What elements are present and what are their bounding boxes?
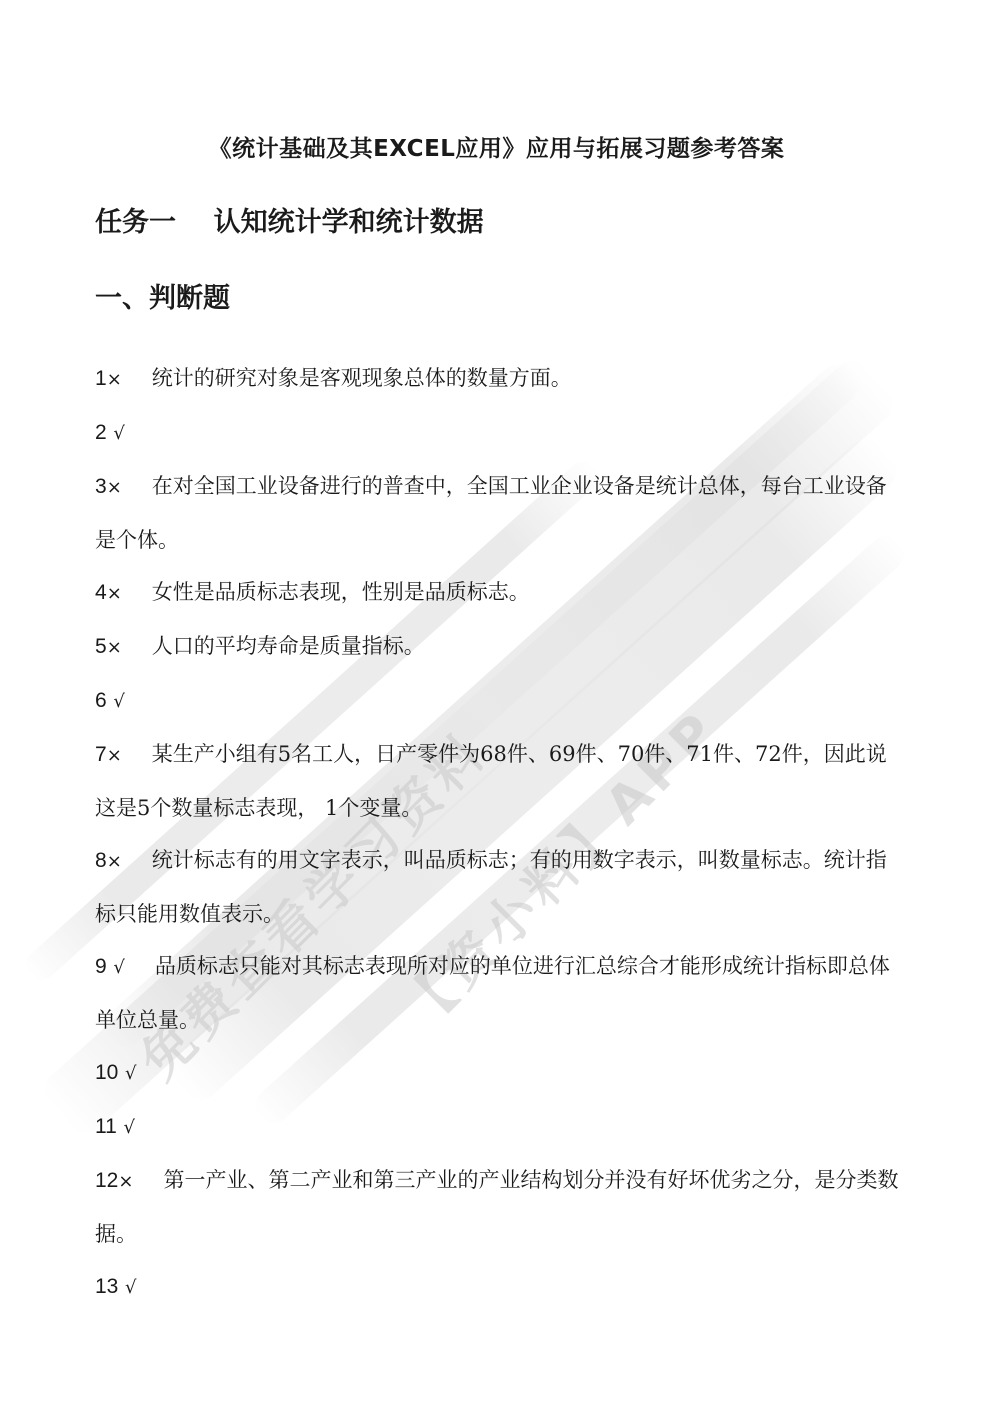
check-icon: √: [124, 1117, 135, 1138]
answer-number: 9: [95, 955, 107, 978]
answer-text: 女性是品质标志表现，性别是品质标志。: [152, 580, 530, 604]
answer-text: 第一产业、第二产业和第三产业的产业结构划分并没有好坏优劣之分，是分类数据。: [95, 1168, 898, 1246]
cross-icon: ×: [107, 637, 122, 658]
answer-text: 某生产小组有5名工人，日产零件为68件、69件、70件、71件、72件，因此说这…: [95, 742, 887, 820]
subsection-heading: 一、判断题: [95, 276, 230, 315]
answer-item: 1×统计的研究对象是客观现象总体的数量方面。: [95, 352, 905, 406]
answer-text: 品质标志只能对其标志表现所对应的单位进行汇总综合才能形成统计指标即总体单位总量。: [95, 954, 890, 1032]
answer-number: 11: [95, 1115, 117, 1138]
answer-list: 1×统计的研究对象是客观现象总体的数量方面。 2 √ 3×在对全国工业设备进行的…: [95, 352, 905, 1314]
check-icon: √: [113, 957, 124, 978]
cross-icon: ×: [107, 583, 122, 604]
answer-item: 2 √: [95, 406, 905, 460]
answer-item: 3×在对全国工业设备进行的普查中，全国工业企业设备是统计总体，每台工业设备是个体…: [95, 460, 905, 566]
answer-item: 5×人口的平均寿命是质量指标。: [95, 620, 905, 674]
answer-item: 9 √品质标志只能对其标志表现所对应的单位进行汇总综合才能形成统计指标即总体单位…: [95, 940, 905, 1046]
answer-number: 7: [95, 743, 107, 766]
answer-number: 12: [95, 1169, 118, 1192]
answer-number: 4: [95, 581, 107, 604]
answer-item: 6 √: [95, 674, 905, 728]
check-icon: √: [113, 691, 124, 712]
answer-number: 13: [95, 1275, 118, 1298]
check-icon: √: [125, 1063, 136, 1084]
answer-text: 人口的平均寿命是质量指标。: [152, 634, 425, 658]
answer-item: 8×统计标志有的用文字表示，叫品质标志；有的用数字表示，叫数量标志。统计指标只能…: [95, 834, 905, 940]
section-label: 任务一: [95, 207, 176, 238]
answer-number: 3: [95, 475, 107, 498]
answer-number: 8: [95, 849, 107, 872]
answer-item: 11 √: [95, 1100, 905, 1154]
cross-icon: ×: [107, 477, 122, 498]
answer-text: 在对全国工业设备进行的普查中，全国工业企业设备是统计总体，每台工业设备是个体。: [95, 474, 887, 552]
answer-number: 1: [95, 367, 107, 390]
answer-item: 7×某生产小组有5名工人，日产零件为68件、69件、70件、71件、72件，因此…: [95, 728, 905, 834]
answer-text: 统计的研究对象是客观现象总体的数量方面。: [152, 366, 572, 390]
cross-icon: ×: [107, 851, 122, 872]
cross-icon: ×: [107, 369, 122, 390]
answer-number: 10: [95, 1061, 118, 1084]
answer-item: 13 √: [95, 1260, 905, 1314]
answer-item: 10 √: [95, 1046, 905, 1100]
section-heading: 任务一 认知统计学和统计数据: [95, 200, 484, 239]
cross-icon: ×: [107, 745, 122, 766]
document-title: 《统计基础及其EXCEL应用》应用与拓展习题参考答案: [0, 130, 993, 163]
answer-item: 12×第一产业、第二产业和第三产业的产业结构划分并没有好坏优劣之分，是分类数据。: [95, 1154, 905, 1260]
answer-number: 6: [95, 689, 107, 712]
answer-item: 4×女性是品质标志表现，性别是品质标志。: [95, 566, 905, 620]
cross-icon: ×: [118, 1171, 133, 1192]
section-title: 认知统计学和统计数据: [214, 207, 484, 238]
check-icon: √: [113, 423, 124, 444]
check-icon: √: [125, 1277, 136, 1298]
answer-number: 5: [95, 635, 107, 658]
answer-text: 统计标志有的用文字表示，叫品质标志；有的用数字表示，叫数量标志。统计指标只能用数…: [95, 848, 887, 926]
answer-number: 2: [95, 421, 107, 444]
